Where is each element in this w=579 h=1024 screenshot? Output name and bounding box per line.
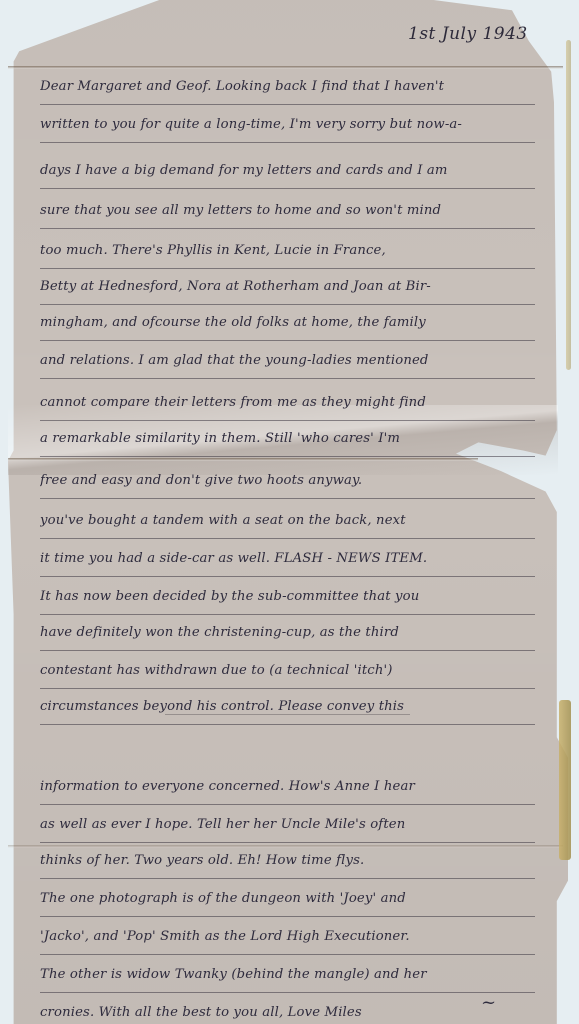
letter-line: too much. There's Phyllis in Kent, Lucie… <box>40 234 535 269</box>
letter-line: thinks of her. Two years old. Eh! How ti… <box>40 844 535 879</box>
letter-line: it time you had a side-car as well. FLAS… <box>40 542 535 577</box>
letter-date: 1st July 1943 <box>408 24 528 44</box>
letter-line: information to everyone concerned. How's… <box>40 770 535 805</box>
letter-line: It has now been decided by the sub-commi… <box>40 580 535 615</box>
paper-stain <box>559 700 571 860</box>
letter-line: mingham, and ofcourse the old folks at h… <box>40 306 535 341</box>
letter-line: The one photograph is of the dungeon wit… <box>40 882 535 917</box>
letter-line: Betty at Hednesford, Nora at Rotherham a… <box>40 270 535 305</box>
letter-line: cannot compare their letters from me as … <box>40 386 535 421</box>
paper-edge-stain <box>566 40 571 370</box>
letter-line: you've bought a tandem with a seat on th… <box>40 504 535 539</box>
closing-mark: ~ <box>481 992 496 1013</box>
letter-line: sure that you see all my letters to home… <box>40 194 535 229</box>
letter-line: written to you for quite a long-time, I'… <box>40 108 535 143</box>
letter-line: circumstances beyond his control. Please… <box>40 690 535 725</box>
letter-line: a remarkable similarity in them. Still '… <box>40 422 535 457</box>
letter-line: days I have a big demand for my letters … <box>40 154 535 189</box>
letter-line: free and easy and don't give two hoots a… <box>40 464 535 499</box>
paper-tear-fold <box>8 458 478 461</box>
letter-line: and relations. I am glad that the young-… <box>40 344 535 379</box>
letter-line: 'Jacko', and 'Pop' Smith as the Lord Hig… <box>40 920 535 955</box>
letter-line: as well as ever I hope. Tell her her Unc… <box>40 808 535 843</box>
paper-fold-top <box>8 66 563 69</box>
blank-area-rule <box>165 714 410 715</box>
letter-line: have definitely won the christening-cup,… <box>40 616 535 651</box>
letter-line: cronies. With all the best to you all, L… <box>40 996 535 1024</box>
letter-line: contestant has withdrawn due to (a techn… <box>40 654 535 689</box>
letter-line: Dear Margaret and Geof. Looking back I f… <box>40 70 535 105</box>
letter-line: The other is widow Twanky (behind the ma… <box>40 958 535 993</box>
